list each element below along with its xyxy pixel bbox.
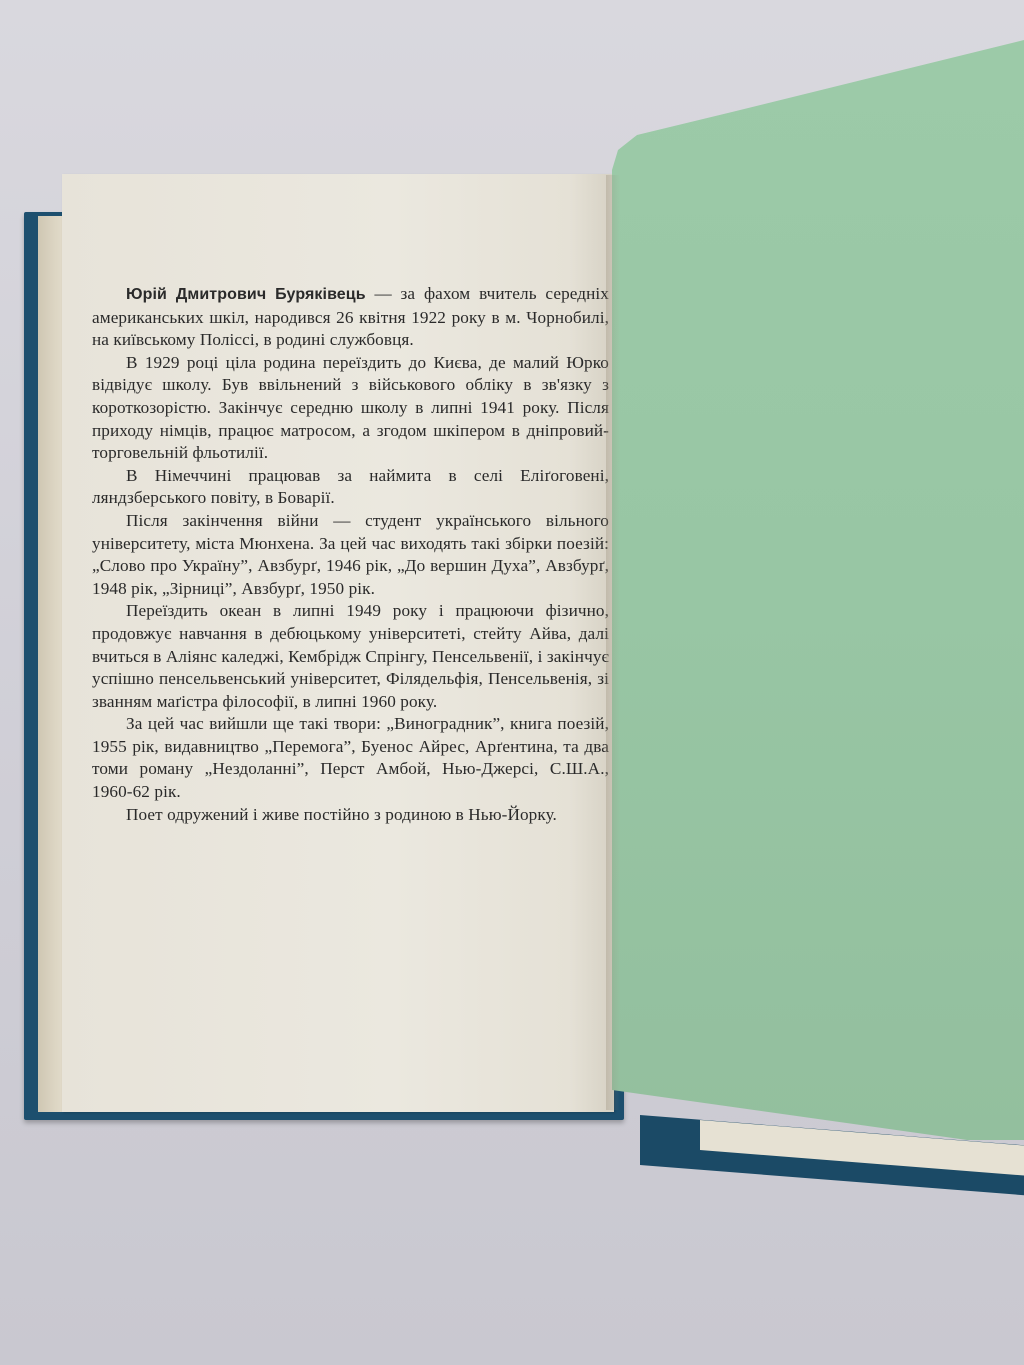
paragraph-1: Юрій Дмитрович Буряківець — за фахом вчи… (92, 283, 609, 352)
paragraph-3: В Німеччині працював за наймита в селі Е… (92, 465, 609, 510)
gutter-shadow (606, 175, 620, 1110)
book-photo: Юрій Дмитрович Буряківець — за фахом вчи… (0, 0, 1024, 1365)
green-endpaper (612, 40, 1024, 1140)
paragraph-5: Переїздить океан в липні 1949 року і пра… (92, 600, 609, 713)
author-name: Юрій Дмитрович Буряківець (126, 286, 366, 303)
paragraph-7: Поет одружений і живе постійно з родиною… (92, 804, 609, 827)
paragraph-4: Після закінчення війни — студент українс… (92, 510, 609, 600)
paragraph-6: За цей час вийшли ще такі твори: „Виногр… (92, 713, 609, 803)
paragraph-2: В 1929 році ціла родина переїздить до Ки… (92, 352, 609, 465)
biography-text: Юрій Дмитрович Буряківець — за фахом вчи… (92, 283, 609, 826)
